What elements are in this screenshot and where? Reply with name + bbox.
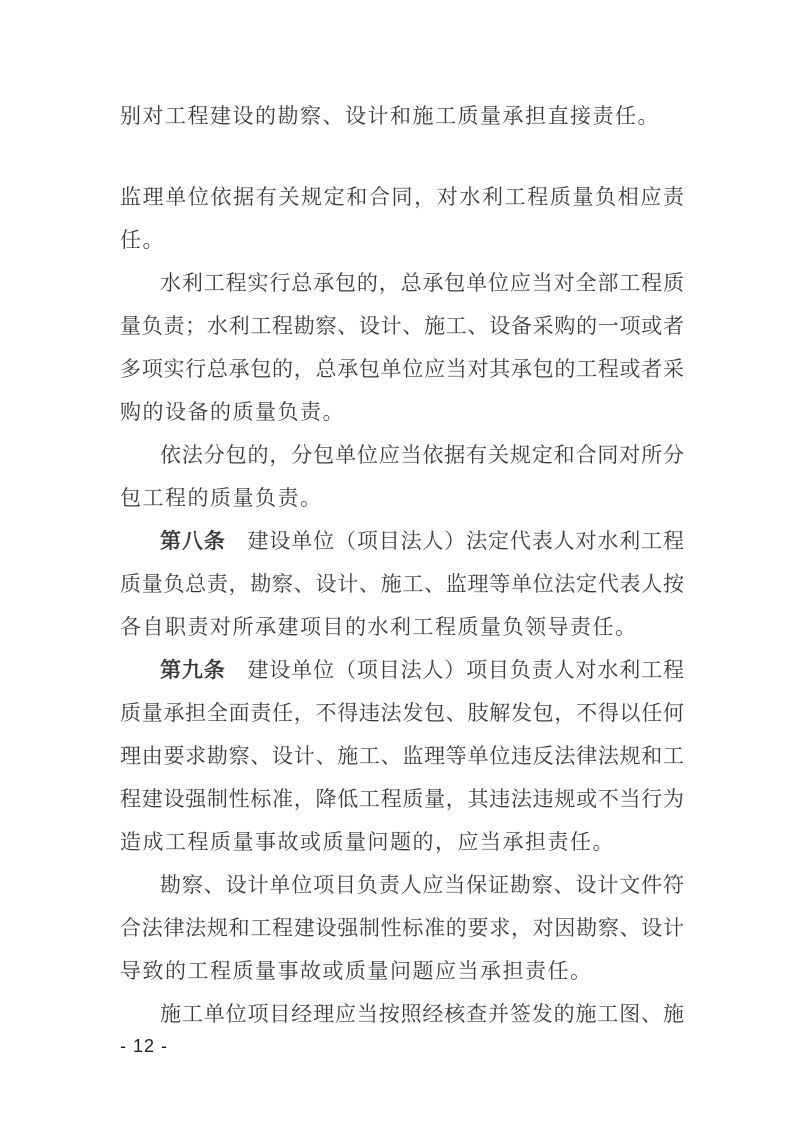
text-run: 造成工程质量事故或质量问题的，应当承担责任。 [120, 830, 615, 854]
text-run: 别对工程建设的勘察、设计和施工质量承担直接责任。 [120, 104, 660, 128]
article-number-label: 第九条 [160, 658, 226, 682]
text-run: 水利工程实行总承包的，总承包单位应当对全部工程质 [160, 271, 684, 295]
paragraph-supervision-unit: 监理单位依据有关规定和合同，对水利工程质量负相应责任。 [120, 176, 684, 262]
text-run: 合法律法规和工程建设强制性标准的要求，对因勘察、设计 [120, 916, 684, 940]
text-line: 第八条 建设单位（项目法人）法定代表人对水利工程 [120, 520, 684, 563]
text-run: 各自职责对所承建项目的水利工程质量负领导责任。 [120, 615, 638, 639]
text-run: 购的设备的质量负责。 [120, 400, 345, 424]
text-line: 购的设备的质量负责。 [120, 391, 684, 434]
paragraph-article-9: 第九条 建设单位（项目法人）项目负责人对水利工程质量承担全面责任，不得违法发包、… [120, 649, 684, 864]
document-body: 别对工程建设的勘察、设计和施工质量承担直接责任。监理单位依据有关规定和合同，对水… [120, 95, 684, 1036]
text-line: 多项实行总承包的，总承包单位应当对其承包的工程或者采 [120, 348, 684, 391]
article-number-label: 第八条 [160, 529, 226, 553]
text-run: 理由要求勘察、设计、施工、监理等单位违反法律法规和工 [120, 744, 684, 768]
text-run: 建设单位（项目法人）法定代表人对水利工程 [226, 529, 684, 553]
paragraph-general-contracting: 水利工程实行总承包的，总承包单位应当对全部工程质量负责；水利工程勘察、设计、施工… [120, 262, 684, 434]
page-number: - 12 - [120, 1035, 168, 1057]
paragraph-direct-responsibility-continuation: 别对工程建设的勘察、设计和施工质量承担直接责任。 [120, 95, 684, 138]
text-line: 水利工程实行总承包的，总承包单位应当对全部工程质 [120, 262, 684, 305]
text-line: 质量负总责，勘察、设计、施工、监理等单位法定代表人按 [120, 563, 684, 606]
text-run: 质量负总责，勘察、设计、施工、监理等单位法定代表人按 [120, 572, 684, 596]
text-run: 任。 [120, 228, 165, 252]
text-run: 勘察、设计单位项目负责人应当保证勘察、设计文件符 [160, 873, 684, 897]
text-line: 依法分包的，分包单位应当依据有关规定和合同对所分 [120, 434, 684, 477]
text-line: 勘察、设计单位项目负责人应当保证勘察、设计文件符 [120, 864, 684, 907]
text-line: 任。 [120, 219, 684, 262]
text-line: 质量承担全面责任，不得违法发包、肢解发包，不得以任何 [120, 692, 684, 735]
text-line: 施工单位项目经理应当按照经核查并签发的施工图、施 [120, 993, 684, 1036]
text-line: 理由要求勘察、设计、施工、监理等单位违反法律法规和工 [120, 735, 684, 778]
text-line: 别对工程建设的勘察、设计和施工质量承担直接责任。 [120, 95, 684, 138]
paragraph-article-8: 第八条 建设单位（项目法人）法定代表人对水利工程质量负总责，勘察、设计、施工、监… [120, 520, 684, 649]
text-line: 程建设强制性标准，降低工程质量，其违法违规或不当行为 [120, 778, 684, 821]
text-line: 合法律法规和工程建设强制性标准的要求，对因勘察、设计 [120, 907, 684, 950]
document-page: 别对工程建设的勘察、设计和施工质量承担直接责任。监理单位依据有关规定和合同，对水… [0, 0, 800, 1131]
text-run: 包工程的质量负责。 [120, 486, 323, 510]
blank-line [120, 138, 684, 176]
paragraph-survey-design-responsibility: 勘察、设计单位项目负责人应当保证勘察、设计文件符合法律法规和工程建设强制性标准的… [120, 864, 684, 993]
text-line: 监理单位依据有关规定和合同，对水利工程质量负相应责 [120, 176, 684, 219]
text-run: 多项实行总承包的，总承包单位应当对其承包的工程或者采 [120, 357, 684, 381]
text-run: 质量承担全面责任，不得违法发包、肢解发包，不得以任何 [120, 701, 684, 725]
text-line: 造成工程质量事故或质量问题的，应当承担责任。 [120, 821, 684, 864]
text-line: 导致的工程质量事故或质量问题应当承担责任。 [120, 950, 684, 993]
text-line: 第九条 建设单位（项目法人）项目负责人对水利工程 [120, 649, 684, 692]
text-run: 监理单位依据有关规定和合同，对水利工程质量负相应责 [120, 185, 684, 209]
paragraph-subcontracting: 依法分包的，分包单位应当依据有关规定和合同对所分包工程的质量负责。 [120, 434, 684, 520]
text-run: 施工单位项目经理应当按照经核查并签发的施工图、施 [160, 1002, 684, 1026]
text-run: 依法分包的，分包单位应当依据有关规定和合同对所分 [160, 443, 684, 467]
text-line: 包工程的质量负责。 [120, 477, 684, 520]
text-line: 各自职责对所承建项目的水利工程质量负领导责任。 [120, 606, 684, 649]
text-run: 建设单位（项目法人）项目负责人对水利工程 [226, 658, 684, 682]
text-run: 导致的工程质量事故或质量问题应当承担责任。 [120, 959, 593, 983]
text-run: 程建设强制性标准，降低工程质量，其违法违规或不当行为 [120, 787, 684, 811]
text-line: 量负责；水利工程勘察、设计、施工、设备采购的一项或者 [120, 305, 684, 348]
text-run: 量负责；水利工程勘察、设计、施工、设备采购的一项或者 [120, 314, 684, 338]
paragraph-construction-manager: 施工单位项目经理应当按照经核查并签发的施工图、施 [120, 993, 684, 1036]
